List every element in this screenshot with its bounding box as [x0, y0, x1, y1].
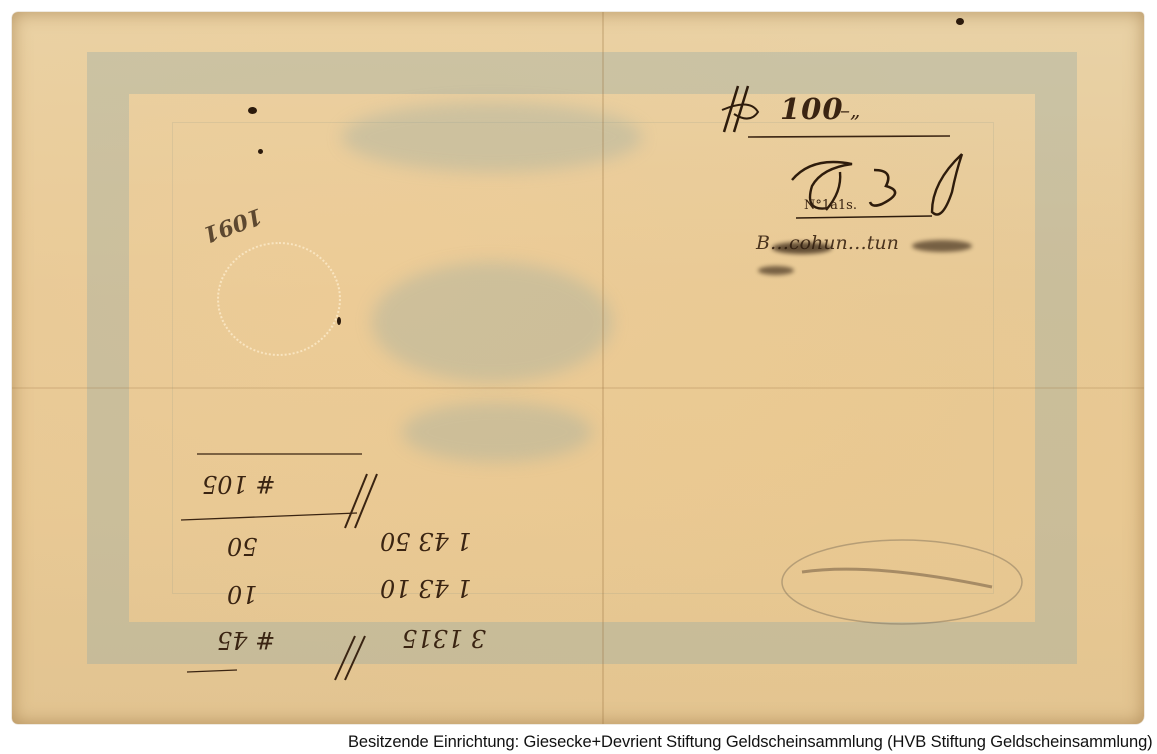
ink-spot: [956, 18, 964, 25]
ledger-row-3-left: 3 1315: [402, 624, 486, 652]
faded-print: [342, 102, 642, 172]
fold-line-vertical: [602, 12, 604, 724]
faded-print: [372, 262, 612, 382]
ledger-row-1-right: 50: [227, 532, 258, 560]
ink-smudge: [772, 242, 832, 254]
banknote-reverse: 1091 100 –„ N°1a1s. B…cohun…tun # 105 50…: [12, 12, 1144, 724]
ink-smudge: [912, 240, 972, 252]
ownership-caption: Besitzende Einrichtung: Giesecke+Devrien…: [348, 731, 1153, 753]
ink-smudge: [758, 266, 794, 275]
ink-spot: [258, 149, 263, 154]
ledger-total: # 105: [202, 470, 276, 498]
signature-small-text: N°1a1s.: [804, 198, 857, 213]
ink-spot: [248, 107, 257, 114]
ink-spot: [337, 317, 341, 325]
amount-value: 100: [780, 92, 844, 126]
ledger-row-3-right: # 45: [217, 626, 275, 654]
faded-print: [402, 402, 592, 462]
fold-line-horizontal: [12, 387, 1144, 389]
signature-mark: [782, 152, 982, 232]
ledger-row-2-right: 10: [227, 580, 258, 608]
ledger-row-1-left: 1 43 50: [380, 527, 472, 555]
amount-suffix: –„: [840, 98, 860, 122]
embossed-seal: [217, 242, 341, 356]
ledger-row-2-left: 1 43 10: [380, 574, 472, 602]
faint-oval-signature: [752, 532, 1052, 652]
